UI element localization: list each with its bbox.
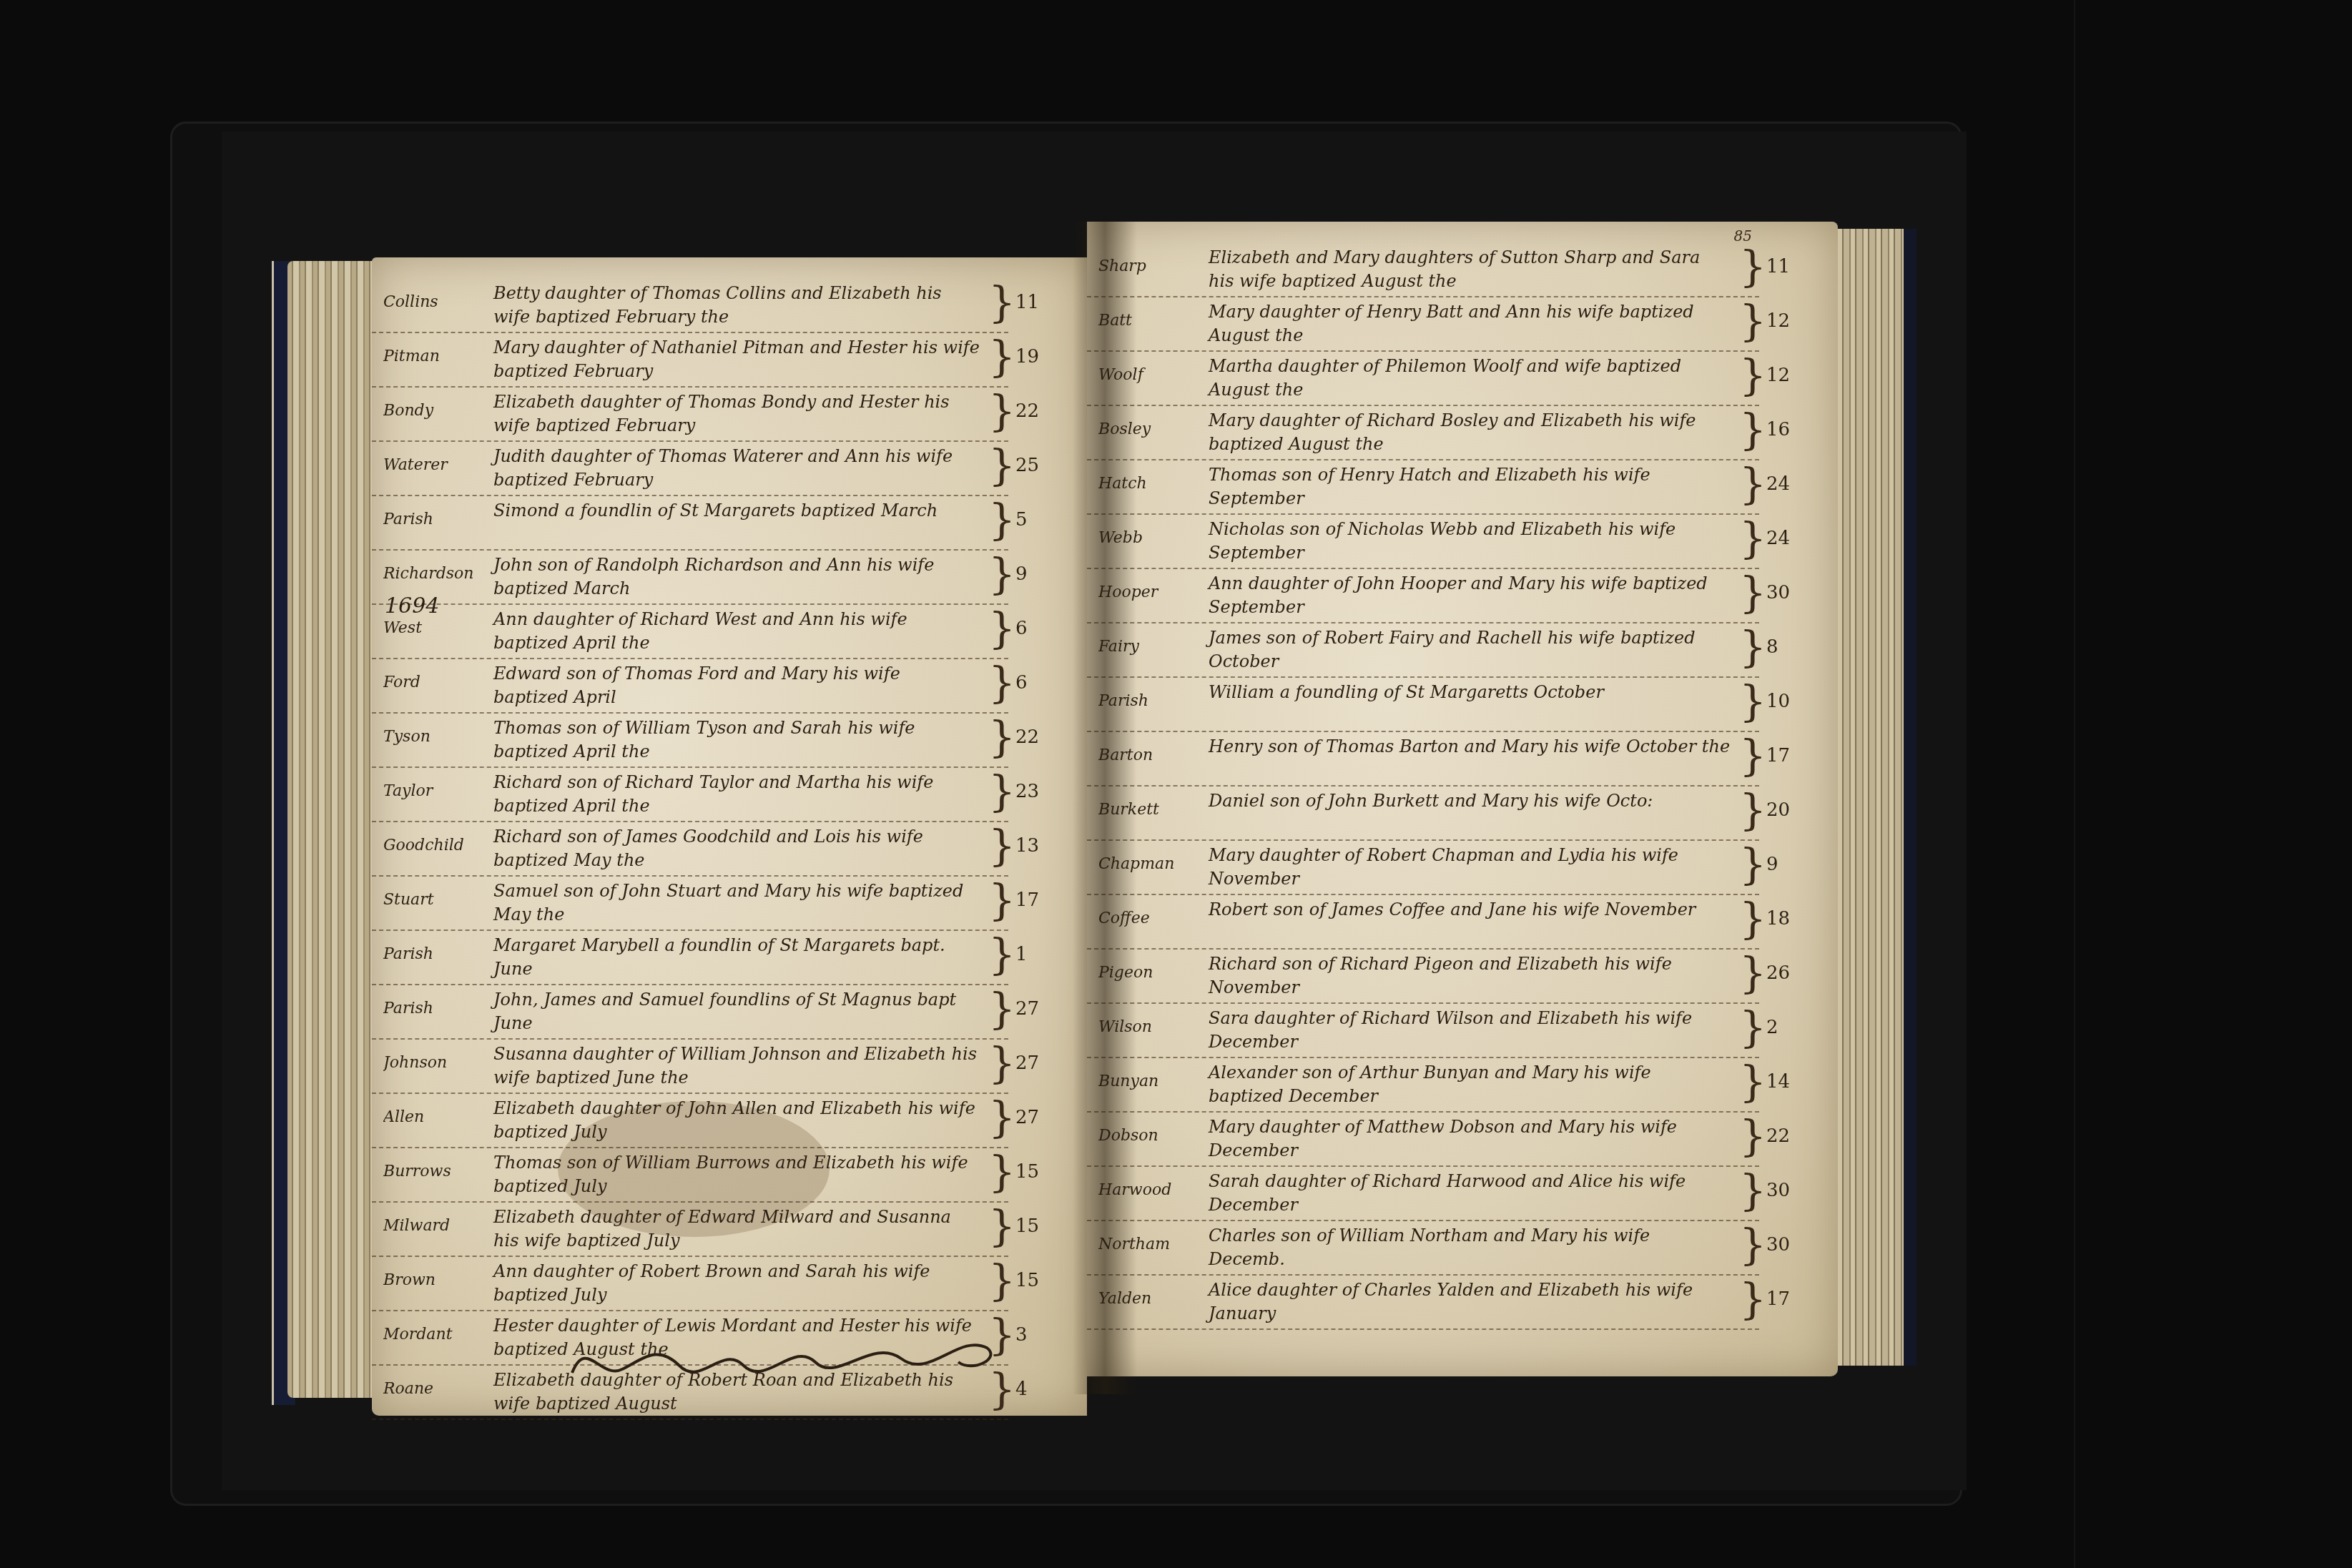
entry-surname: Richardson	[383, 565, 483, 583]
entry-surname: Brown	[383, 1271, 483, 1289]
entry-surname: Dobson	[1098, 1127, 1199, 1145]
entry-surname: Hatch	[1098, 475, 1199, 493]
book-cover-right	[1904, 229, 1916, 1366]
entry-surname: Pigeon	[1098, 964, 1199, 982]
brace-icon: }	[988, 985, 1003, 1035]
brace-icon: }	[1739, 678, 1753, 728]
entry-surname: Yalden	[1098, 1290, 1199, 1308]
entry-surname: Parish	[383, 511, 483, 528]
entry-day: 3	[1015, 1324, 1058, 1346]
entry-surname: Wilson	[1098, 1018, 1199, 1036]
brace-icon: }	[1739, 1113, 1753, 1163]
register-entry: Woolf Martha daughter of Philemon Woolf …	[1087, 352, 1759, 406]
register-entry: Coffee Robert son of James Coffee and Ja…	[1087, 895, 1759, 950]
entry-surname: Burkett	[1098, 801, 1199, 819]
brace-icon: }	[1739, 950, 1753, 1000]
entry-text: Daniel son of John Burkett and Mary his …	[1209, 789, 1731, 813]
brace-icon: }	[988, 822, 1003, 872]
entry-day: 1	[1015, 944, 1058, 965]
brace-icon: }	[988, 496, 1003, 546]
register-entry: Northam Charles son of William Northam a…	[1087, 1221, 1759, 1276]
brace-icon: }	[1739, 895, 1753, 945]
entry-text: James son of Robert Fairy and Rachell hi…	[1209, 626, 1731, 674]
register-entry: Johnson Susanna daughter of William John…	[372, 1040, 1008, 1094]
entry-text: Mary daughter of Robert Chapman and Lydi…	[1209, 844, 1731, 891]
brace-icon: }	[1739, 623, 1753, 674]
register-entry: Pigeon Richard son of Richard Pigeon and…	[1087, 950, 1759, 1004]
entry-text: Samuel son of John Stuart and Mary his w…	[493, 879, 980, 927]
register-entry: Barton Henry son of Thomas Barton and Ma…	[1087, 732, 1759, 787]
entry-day: 19	[1015, 346, 1058, 368]
right-page-entries: Sharp Elizabeth and Mary daughters of Su…	[1087, 243, 1838, 1330]
entry-text: Thomas son of William Tyson and Sarah hi…	[493, 716, 980, 764]
entry-text: Elizabeth and Mary daughters of Sutton S…	[1209, 246, 1731, 293]
entry-day: 6	[1015, 672, 1058, 694]
entry-text: Simond a foundlin of St Margarets baptiz…	[493, 499, 980, 523]
entry-day: 30	[1766, 1234, 1809, 1256]
page-edges-left	[287, 261, 380, 1398]
entry-text: Charles son of William Northam and Mary …	[1209, 1224, 1731, 1271]
entry-day: 24	[1766, 473, 1809, 495]
entry-text: Ann daughter of John Hooper and Mary his…	[1209, 572, 1731, 619]
entry-text: Thomas son of William Burrows and Elizab…	[493, 1151, 980, 1198]
brace-icon: }	[1739, 297, 1753, 347]
brace-icon: }	[1739, 460, 1753, 511]
entry-day: 9	[1015, 563, 1058, 585]
register-entry: Batt Mary daughter of Henry Batt and Ann…	[1087, 297, 1759, 352]
brace-icon: }	[988, 768, 1003, 818]
brace-icon: }	[988, 1257, 1003, 1307]
entry-text: Elizabeth daughter of John Allen and Eli…	[493, 1097, 980, 1144]
entry-surname: Webb	[1098, 529, 1199, 547]
entry-text: Mary daughter of Matthew Dobson and Mary…	[1209, 1115, 1731, 1163]
register-entry: West Ann daughter of Richard West and An…	[372, 605, 1008, 659]
entry-surname: Burrows	[383, 1163, 483, 1180]
entry-surname: Harwood	[1098, 1181, 1199, 1199]
entry-text: Edward son of Thomas Ford and Mary his w…	[493, 662, 980, 709]
register-entry: Collins Betty daughter of Thomas Collins…	[372, 279, 1008, 333]
register-entry: Bondy Elizabeth daughter of Thomas Bondy…	[372, 388, 1008, 442]
brace-icon: }	[1739, 515, 1753, 565]
entry-day: 2	[1766, 1017, 1809, 1038]
entry-text: Alice daughter of Charles Yalden and Eli…	[1209, 1278, 1731, 1326]
entry-text: John son of Randolph Richardson and Ann …	[493, 553, 980, 601]
register-entry: Pitman Mary daughter of Nathaniel Pitman…	[372, 333, 1008, 388]
entry-text: Mary daughter of Richard Bosley and Eliz…	[1209, 409, 1731, 456]
entry-day: 22	[1766, 1125, 1809, 1147]
entry-text: Betty daughter of Thomas Collins and Eli…	[493, 282, 980, 329]
brace-icon: }	[988, 931, 1003, 981]
entry-text: Nicholas son of Nicholas Webb and Elizab…	[1209, 518, 1731, 565]
entry-day: 17	[1015, 889, 1058, 911]
brace-icon: }	[1739, 1276, 1753, 1326]
brace-icon: }	[1739, 352, 1753, 402]
brace-icon: }	[988, 1148, 1003, 1198]
entry-day: 4	[1015, 1379, 1058, 1400]
entry-surname: Bosley	[1098, 420, 1199, 438]
entry-surname: Parish	[1098, 692, 1199, 710]
entry-surname: Mordant	[383, 1326, 483, 1343]
brace-icon: }	[988, 279, 1003, 329]
register-entry: Dobson Mary daughter of Matthew Dobson a…	[1087, 1113, 1759, 1167]
brace-icon: }	[1739, 1004, 1753, 1054]
entry-text: Sarah daughter of Richard Harwood and Al…	[1209, 1170, 1731, 1217]
register-entry: Burrows Thomas son of William Burrows an…	[372, 1148, 1008, 1203]
register-entry: Richardson John son of Randolph Richards…	[372, 551, 1008, 605]
entry-day: 14	[1766, 1071, 1809, 1093]
register-entry: Bunyan Alexander son of Arthur Bunyan an…	[1087, 1058, 1759, 1113]
entry-surname: Goodchild	[383, 837, 483, 854]
entry-text: Margaret Marybell a foundlin of St Marga…	[493, 934, 980, 981]
entry-day: 22	[1015, 400, 1058, 422]
entry-day: 15	[1015, 1161, 1058, 1183]
entry-day: 22	[1015, 726, 1058, 748]
entry-surname: Roane	[383, 1380, 483, 1398]
entry-surname: Pitman	[383, 347, 483, 365]
entry-day: 8	[1766, 636, 1809, 658]
brace-icon: }	[988, 605, 1003, 655]
brace-icon: }	[1739, 1058, 1753, 1108]
brace-icon: }	[988, 1203, 1003, 1253]
entry-surname: Parish	[383, 945, 483, 963]
entry-surname: Tyson	[383, 728, 483, 746]
brace-icon: }	[988, 659, 1003, 709]
register-entry: Yalden Alice daughter of Charles Yalden …	[1087, 1276, 1759, 1330]
entry-surname: Ford	[383, 674, 483, 691]
entry-day: 24	[1766, 528, 1809, 549]
open-register-book: Collins Betty daughter of Thomas Collins…	[272, 218, 1916, 1405]
entry-surname: Allen	[383, 1108, 483, 1126]
entry-surname: Taylor	[383, 782, 483, 800]
entry-day: 27	[1015, 1052, 1058, 1074]
entry-surname: Northam	[1098, 1236, 1199, 1253]
register-entry: Wilson Sara daughter of Richard Wilson a…	[1087, 1004, 1759, 1058]
register-entry: Parish Margaret Marybell a foundlin of S…	[372, 931, 1008, 985]
entry-day: 15	[1015, 1216, 1058, 1237]
entry-day: 5	[1015, 509, 1058, 531]
register-entry: Harwood Sarah daughter of Richard Harwoo…	[1087, 1167, 1759, 1221]
left-page: Collins Betty daughter of Thomas Collins…	[372, 257, 1087, 1416]
register-entry: Milward Elizabeth daughter of Edward Mil…	[372, 1203, 1008, 1257]
brace-icon: }	[988, 1094, 1003, 1144]
brace-icon: }	[988, 877, 1003, 927]
brace-icon: }	[988, 388, 1003, 438]
entry-surname: Barton	[1098, 746, 1199, 764]
entry-surname: Waterer	[383, 456, 483, 474]
entry-text: Alexander son of Arthur Bunyan and Mary …	[1209, 1061, 1731, 1108]
entry-surname: Hooper	[1098, 583, 1199, 601]
entry-surname: West	[383, 619, 483, 637]
entry-day: 9	[1766, 854, 1809, 875]
entry-text: Judith daughter of Thomas Waterer and An…	[493, 445, 980, 492]
entry-surname: Fairy	[1098, 638, 1199, 656]
entry-text: Ann daughter of Richard West and Ann his…	[493, 608, 980, 655]
entry-surname: Collins	[383, 293, 483, 311]
brace-icon: }	[1739, 569, 1753, 619]
register-entry: Sharp Elizabeth and Mary daughters of Su…	[1087, 243, 1759, 297]
brace-icon: }	[1739, 406, 1753, 456]
brace-icon: }	[988, 551, 1003, 601]
year-marker: 1694	[385, 593, 439, 618]
entry-surname: Bondy	[383, 402, 483, 420]
entry-text: Richard son of Richard Taylor and Martha…	[493, 771, 980, 818]
entry-text: John, James and Samuel foundlins of St M…	[493, 988, 980, 1035]
entry-day: 18	[1766, 908, 1809, 930]
entry-day: 15	[1015, 1270, 1058, 1291]
brace-icon: }	[988, 333, 1003, 383]
register-entry: Taylor Richard son of Richard Taylor and…	[372, 768, 1008, 822]
entry-day: 23	[1015, 781, 1058, 802]
brace-icon: }	[988, 442, 1003, 492]
brace-icon: }	[1739, 841, 1753, 891]
entry-text: Richard son of James Goodchild and Lois …	[493, 825, 980, 872]
entry-surname: Milward	[383, 1217, 483, 1235]
entry-text: Ann daughter of Robert Brown and Sarah h…	[493, 1260, 980, 1307]
entry-text: Richard son of Richard Pigeon and Elizab…	[1209, 952, 1731, 1000]
entry-day: 13	[1015, 835, 1058, 857]
register-entry: Parish William a foundling of St Margare…	[1087, 678, 1759, 732]
entry-text: Henry son of Thomas Barton and Mary his …	[1209, 735, 1731, 759]
entry-day: 17	[1766, 1288, 1809, 1310]
entry-surname: Chapman	[1098, 855, 1199, 873]
entry-text: William a foundling of St Margaretts Oct…	[1209, 681, 1731, 704]
brace-icon: }	[1739, 787, 1753, 837]
entry-day: 12	[1766, 365, 1809, 386]
entry-day: 12	[1766, 310, 1809, 332]
brace-icon: }	[1739, 1167, 1753, 1217]
register-entry: Hatch Thomas son of Henry Hatch and Eliz…	[1087, 460, 1759, 515]
entry-day: 11	[1766, 256, 1809, 277]
entry-surname: Sharp	[1098, 257, 1199, 275]
entry-text: Susanna daughter of William Johnson and …	[493, 1042, 980, 1090]
register-entry: Stuart Samuel son of John Stuart and Mar…	[372, 877, 1008, 931]
entry-text: Elizabeth daughter of Thomas Bondy and H…	[493, 390, 980, 438]
entry-text: Elizabeth daughter of Edward Milward and…	[493, 1205, 980, 1253]
entry-day: 11	[1015, 292, 1058, 313]
brace-icon: }	[1739, 1221, 1753, 1271]
entry-day: 27	[1015, 1107, 1058, 1128]
entry-day: 6	[1015, 618, 1058, 639]
entry-day: 16	[1766, 419, 1809, 440]
entry-day: 25	[1015, 455, 1058, 476]
entry-day: 30	[1766, 1180, 1809, 1201]
brace-icon: }	[1739, 243, 1753, 293]
entry-text: Sara daughter of Richard Wilson and Eliz…	[1209, 1007, 1731, 1054]
brace-icon: }	[988, 1040, 1003, 1090]
entry-surname: Batt	[1098, 312, 1199, 330]
end-flourish-icon	[558, 1330, 1015, 1387]
entry-day: 30	[1766, 582, 1809, 603]
entry-day: 10	[1766, 691, 1809, 712]
entry-day: 26	[1766, 962, 1809, 984]
register-entry: Tyson Thomas son of William Tyson and Sa…	[372, 714, 1008, 768]
register-entry: Parish John, James and Samuel foundlins …	[372, 985, 1008, 1040]
register-entry: Chapman Mary daughter of Robert Chapman …	[1087, 841, 1759, 895]
register-entry: Fairy James son of Robert Fairy and Rach…	[1087, 623, 1759, 678]
left-page-entries: Collins Betty daughter of Thomas Collins…	[372, 279, 1087, 1420]
register-entry: Goodchild Richard son of James Goodchild…	[372, 822, 1008, 877]
right-page: 85 Sharp Elizabeth and Mary daughters of…	[1087, 222, 1838, 1376]
entry-text: Mary daughter of Nathaniel Pitman and He…	[493, 336, 980, 383]
entry-surname: Bunyan	[1098, 1073, 1199, 1090]
brace-icon: }	[988, 714, 1003, 764]
entry-day: 17	[1766, 745, 1809, 766]
register-entry: Hooper Ann daughter of John Hooper and M…	[1087, 569, 1759, 623]
register-entry: Ford Edward son of Thomas Ford and Mary …	[372, 659, 1008, 714]
entry-surname: Coffee	[1098, 909, 1199, 927]
register-entry: Parish Simond a foundlin of St Margarets…	[372, 496, 1008, 551]
entry-day: 27	[1015, 998, 1058, 1020]
background-seam	[2074, 0, 2075, 1568]
entry-surname: Johnson	[383, 1054, 483, 1072]
register-entry: Burkett Daniel son of John Burkett and M…	[1087, 787, 1759, 841]
entry-text: Robert son of James Coffee and Jane his …	[1209, 898, 1731, 922]
entry-text: Thomas son of Henry Hatch and Elizabeth …	[1209, 463, 1731, 511]
register-entry: Webb Nicholas son of Nicholas Webb and E…	[1087, 515, 1759, 569]
entry-surname: Woolf	[1098, 366, 1199, 384]
brace-icon: }	[1739, 732, 1753, 782]
entry-text: Martha daughter of Philemon Woolf and wi…	[1209, 355, 1731, 402]
register-entry: Bosley Mary daughter of Richard Bosley a…	[1087, 406, 1759, 460]
entry-surname: Parish	[383, 1000, 483, 1017]
register-entry: Allen Elizabeth daughter of John Allen a…	[372, 1094, 1008, 1148]
entry-text: Mary daughter of Henry Batt and Ann his …	[1209, 300, 1731, 347]
entry-surname: Stuart	[383, 891, 483, 909]
entry-day: 20	[1766, 799, 1809, 821]
register-entry: Waterer Judith daughter of Thomas Watere…	[372, 442, 1008, 496]
register-entry: Brown Ann daughter of Robert Brown and S…	[372, 1257, 1008, 1311]
